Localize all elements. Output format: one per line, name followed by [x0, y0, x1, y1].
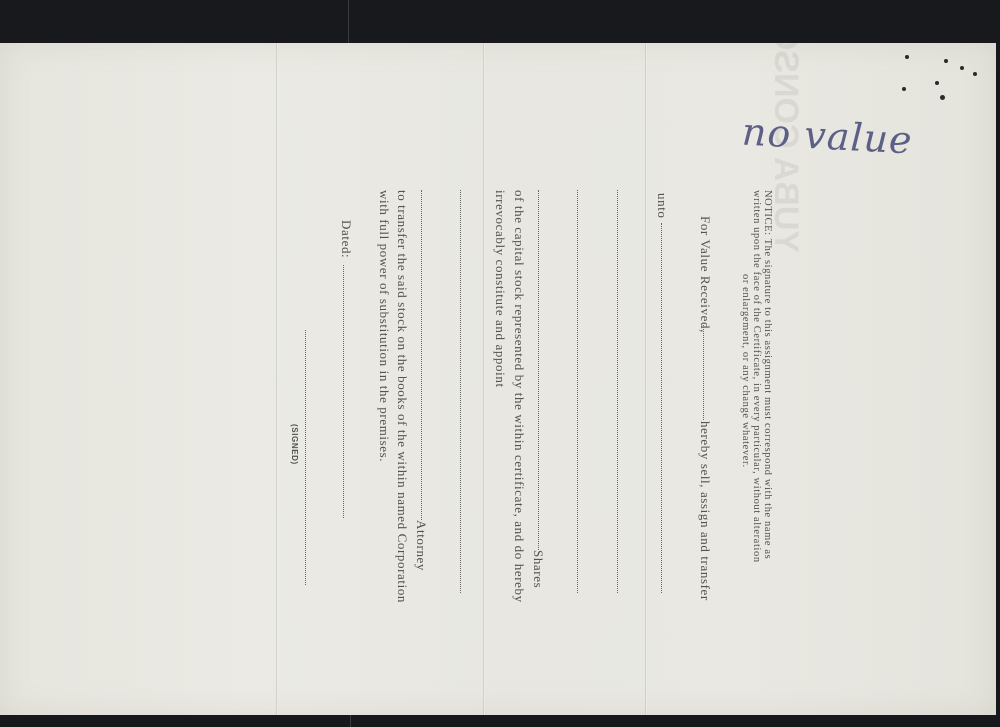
punch-hole	[905, 55, 909, 59]
punch-hole	[973, 72, 977, 76]
fold-line	[483, 43, 485, 715]
unto-label: unto	[654, 193, 670, 219]
scanner-seam	[348, 0, 349, 43]
punch-hole	[940, 95, 945, 100]
certificate-paper: YUBA CONSOLIDATED INDUSTRIES, INC. no va…	[0, 43, 996, 715]
transfer-books-text: to transfer the said stock on the books …	[394, 190, 410, 603]
punch-hole	[944, 59, 948, 63]
assignee-blank-line-2	[617, 190, 618, 593]
fold-line	[645, 43, 647, 715]
date-blank	[343, 265, 344, 518]
punch-hole	[902, 87, 906, 91]
assignee-blank-line-3	[577, 190, 578, 593]
assignee-blank	[661, 223, 662, 593]
signature-line	[305, 330, 306, 585]
punch-hole	[960, 66, 964, 70]
attorney-blank	[421, 190, 422, 520]
scan-background-top	[0, 0, 1000, 43]
notice-line-2: written upon the face of the Certificate…	[751, 190, 762, 563]
dated-label: Dated:	[338, 220, 354, 258]
for-value-received-label: For Value Received,	[697, 216, 713, 333]
signed-caption: (SIGNED)	[290, 424, 299, 465]
shares-blank	[538, 190, 539, 550]
attorney-label: Attorney	[413, 520, 429, 571]
handwritten-note: no value	[741, 110, 914, 163]
shares-label: Shares	[530, 550, 546, 588]
fold-line	[276, 43, 278, 715]
sell-assign-transfer-text: hereby sell, assign and transfer	[697, 421, 713, 601]
irrevocably-appoint-text: irrevocably constitute and appoint	[492, 190, 508, 388]
capital-stock-text: of the capital stock represented by the …	[511, 190, 527, 603]
punch-hole	[935, 81, 939, 85]
notice-line-3: or enlargement, or any change whatever.	[740, 274, 751, 468]
value-blank	[703, 325, 704, 420]
attorney-blank-line-1	[460, 190, 461, 593]
notice-line-1: NOTICE: The signature to this assignment…	[762, 190, 773, 559]
substitution-text: with full power of substitution in the p…	[376, 190, 392, 462]
scanner-seam-bottom	[350, 715, 351, 727]
